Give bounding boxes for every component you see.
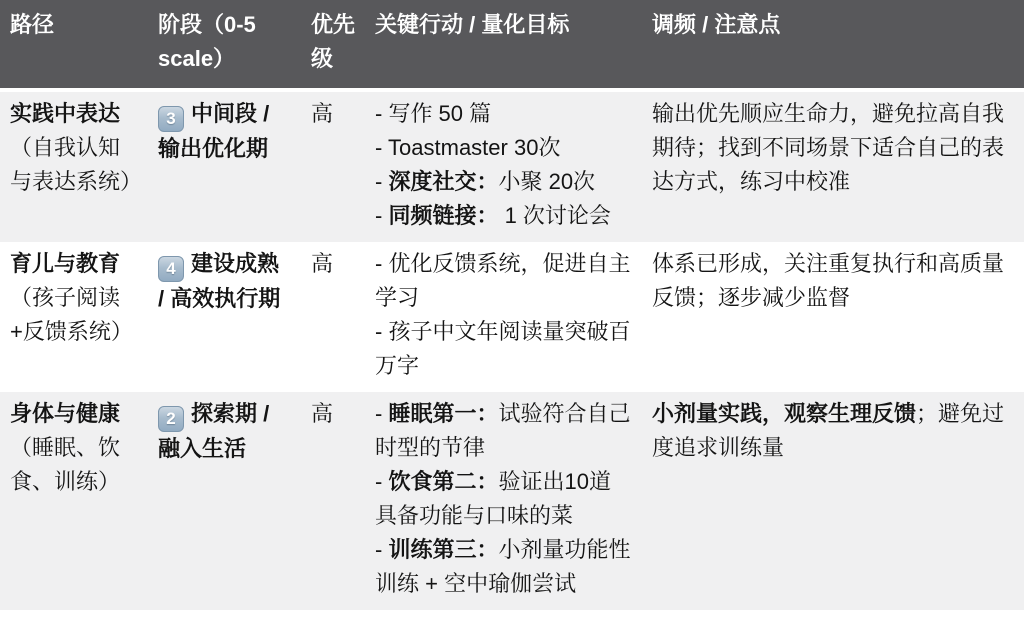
action-item: - 深度社交：小聚 20次	[375, 165, 632, 199]
table-body: 实践中表达（自我认知与表达系统）3中间段 / 输出优化期高- 写作 50 篇- …	[0, 92, 1024, 610]
table-row: 身体与健康（睡眠、饮食、训练）2探索期 / 融入生活高- 睡眠第一：试验符合自己…	[0, 392, 1024, 610]
cell-priority: 高	[301, 242, 365, 392]
text-segment: （自我认知与表达系统）	[10, 135, 142, 194]
text-segment: - 优化反馈系统，促进自主学习	[375, 251, 630, 310]
action-item: - 睡眠第一：试验符合自己时型的节律	[375, 397, 632, 465]
col-header-path: 路径	[0, 0, 148, 92]
text-segment: -	[375, 203, 388, 228]
action-item: - 优化反馈系统，促进自主学习	[375, 247, 632, 315]
text-segment: -	[375, 537, 388, 562]
cell-notes: 输出优先顺应生命力，避免拉高自我期待；找到不同场景下适合自己的表达方式，练习中校…	[642, 92, 1024, 242]
text-segment: -	[375, 169, 388, 194]
col-header-priority: 优先级	[301, 0, 365, 92]
text-segment: 小聚 20次	[498, 169, 595, 194]
text-segment: 同频链接：	[388, 203, 498, 228]
text-segment: 训练第三：	[388, 537, 498, 562]
cell-path: 实践中表达（自我认知与表达系统）	[0, 92, 148, 242]
text-segment: 身体与健康	[10, 401, 120, 426]
text-segment: （孩子阅读+反馈系统）	[10, 285, 133, 344]
cell-actions: - 睡眠第一：试验符合自己时型的节律- 饮食第二：验证出10道具备功能与口味的菜…	[365, 392, 642, 610]
cell-stage: 2探索期 / 融入生活	[148, 392, 301, 610]
text-segment: 育儿与教育	[10, 251, 120, 276]
action-item: - 写作 50 篇	[375, 97, 632, 131]
action-item: - 训练第三：小剂量功能性训练 + 空中瑜伽尝试	[375, 533, 632, 601]
cell-actions: - 优化反馈系统，促进自主学习- 孩子中文年阅读量突破百万字	[365, 242, 642, 392]
text-segment: 睡眠第一：	[388, 401, 498, 426]
cell-notes: 小剂量实践，观察生理反馈；避免过度追求训练量	[642, 392, 1024, 610]
keycap-number-icon: 3	[158, 106, 184, 132]
action-item: - Toastmaster 30次	[375, 131, 632, 165]
action-item: - 同频链接： 1 次讨论会	[375, 199, 632, 233]
text-segment: - 写作 50 篇	[375, 101, 491, 126]
cell-notes: 体系已形成，关注重复执行和高质量反馈；逐步减少监督	[642, 242, 1024, 392]
text-segment: 深度社交：	[388, 169, 498, 194]
table-row: 实践中表达（自我认知与表达系统）3中间段 / 输出优化期高- 写作 50 篇- …	[0, 92, 1024, 242]
text-segment: -	[375, 401, 388, 426]
cell-stage: 3中间段 / 输出优化期	[148, 92, 301, 242]
action-item: - 饮食第二：验证出10道具备功能与口味的菜	[375, 465, 632, 533]
text-segment: 实践中表达	[10, 101, 120, 126]
cell-stage: 4建设成熟 / 高效执行期	[148, 242, 301, 392]
table-row: 育儿与教育（孩子阅读+反馈系统）4建设成熟 / 高效执行期高- 优化反馈系统，促…	[0, 242, 1024, 392]
keycap-number-icon: 2	[158, 406, 184, 432]
header-row: 路径 阶段（0-5 scale） 优先级 关键行动 / 量化目标 调频 / 注意…	[0, 0, 1024, 92]
action-item: - 孩子中文年阅读量突破百万字	[375, 315, 632, 383]
cell-priority: 高	[301, 92, 365, 242]
cell-path: 育儿与教育（孩子阅读+反馈系统）	[0, 242, 148, 392]
text-segment: 小剂量实践，观察生理反馈	[652, 401, 916, 426]
col-header-notes: 调频 / 注意点	[642, 0, 1024, 92]
text-segment: - 孩子中文年阅读量突破百万字	[375, 319, 630, 378]
cell-path: 身体与健康（睡眠、饮食、训练）	[0, 392, 148, 610]
col-header-stage: 阶段（0-5 scale）	[148, 0, 301, 92]
cell-actions: - 写作 50 篇- Toastmaster 30次- 深度社交：小聚 20次-…	[365, 92, 642, 242]
text-segment: - Toastmaster 30次	[375, 135, 560, 160]
text-segment: 1 次讨论会	[498, 203, 610, 228]
text-segment: 输出优先顺应生命力，避免拉高自我期待；找到不同场景下适合自己的表达方式，练习中校…	[652, 101, 1004, 194]
keycap-number-icon: 4	[158, 256, 184, 282]
cell-priority: 高	[301, 392, 365, 610]
text-segment: -	[375, 469, 388, 494]
text-segment: 体系已形成，关注重复执行和高质量反馈；逐步减少监督	[652, 251, 1004, 310]
text-segment: （睡眠、饮食、训练）	[10, 435, 120, 494]
col-header-actions: 关键行动 / 量化目标	[365, 0, 642, 92]
plan-table: 路径 阶段（0-5 scale） 优先级 关键行动 / 量化目标 调频 / 注意…	[0, 0, 1024, 610]
text-segment: 饮食第二：	[388, 469, 498, 494]
table-header: 路径 阶段（0-5 scale） 优先级 关键行动 / 量化目标 调频 / 注意…	[0, 0, 1024, 92]
